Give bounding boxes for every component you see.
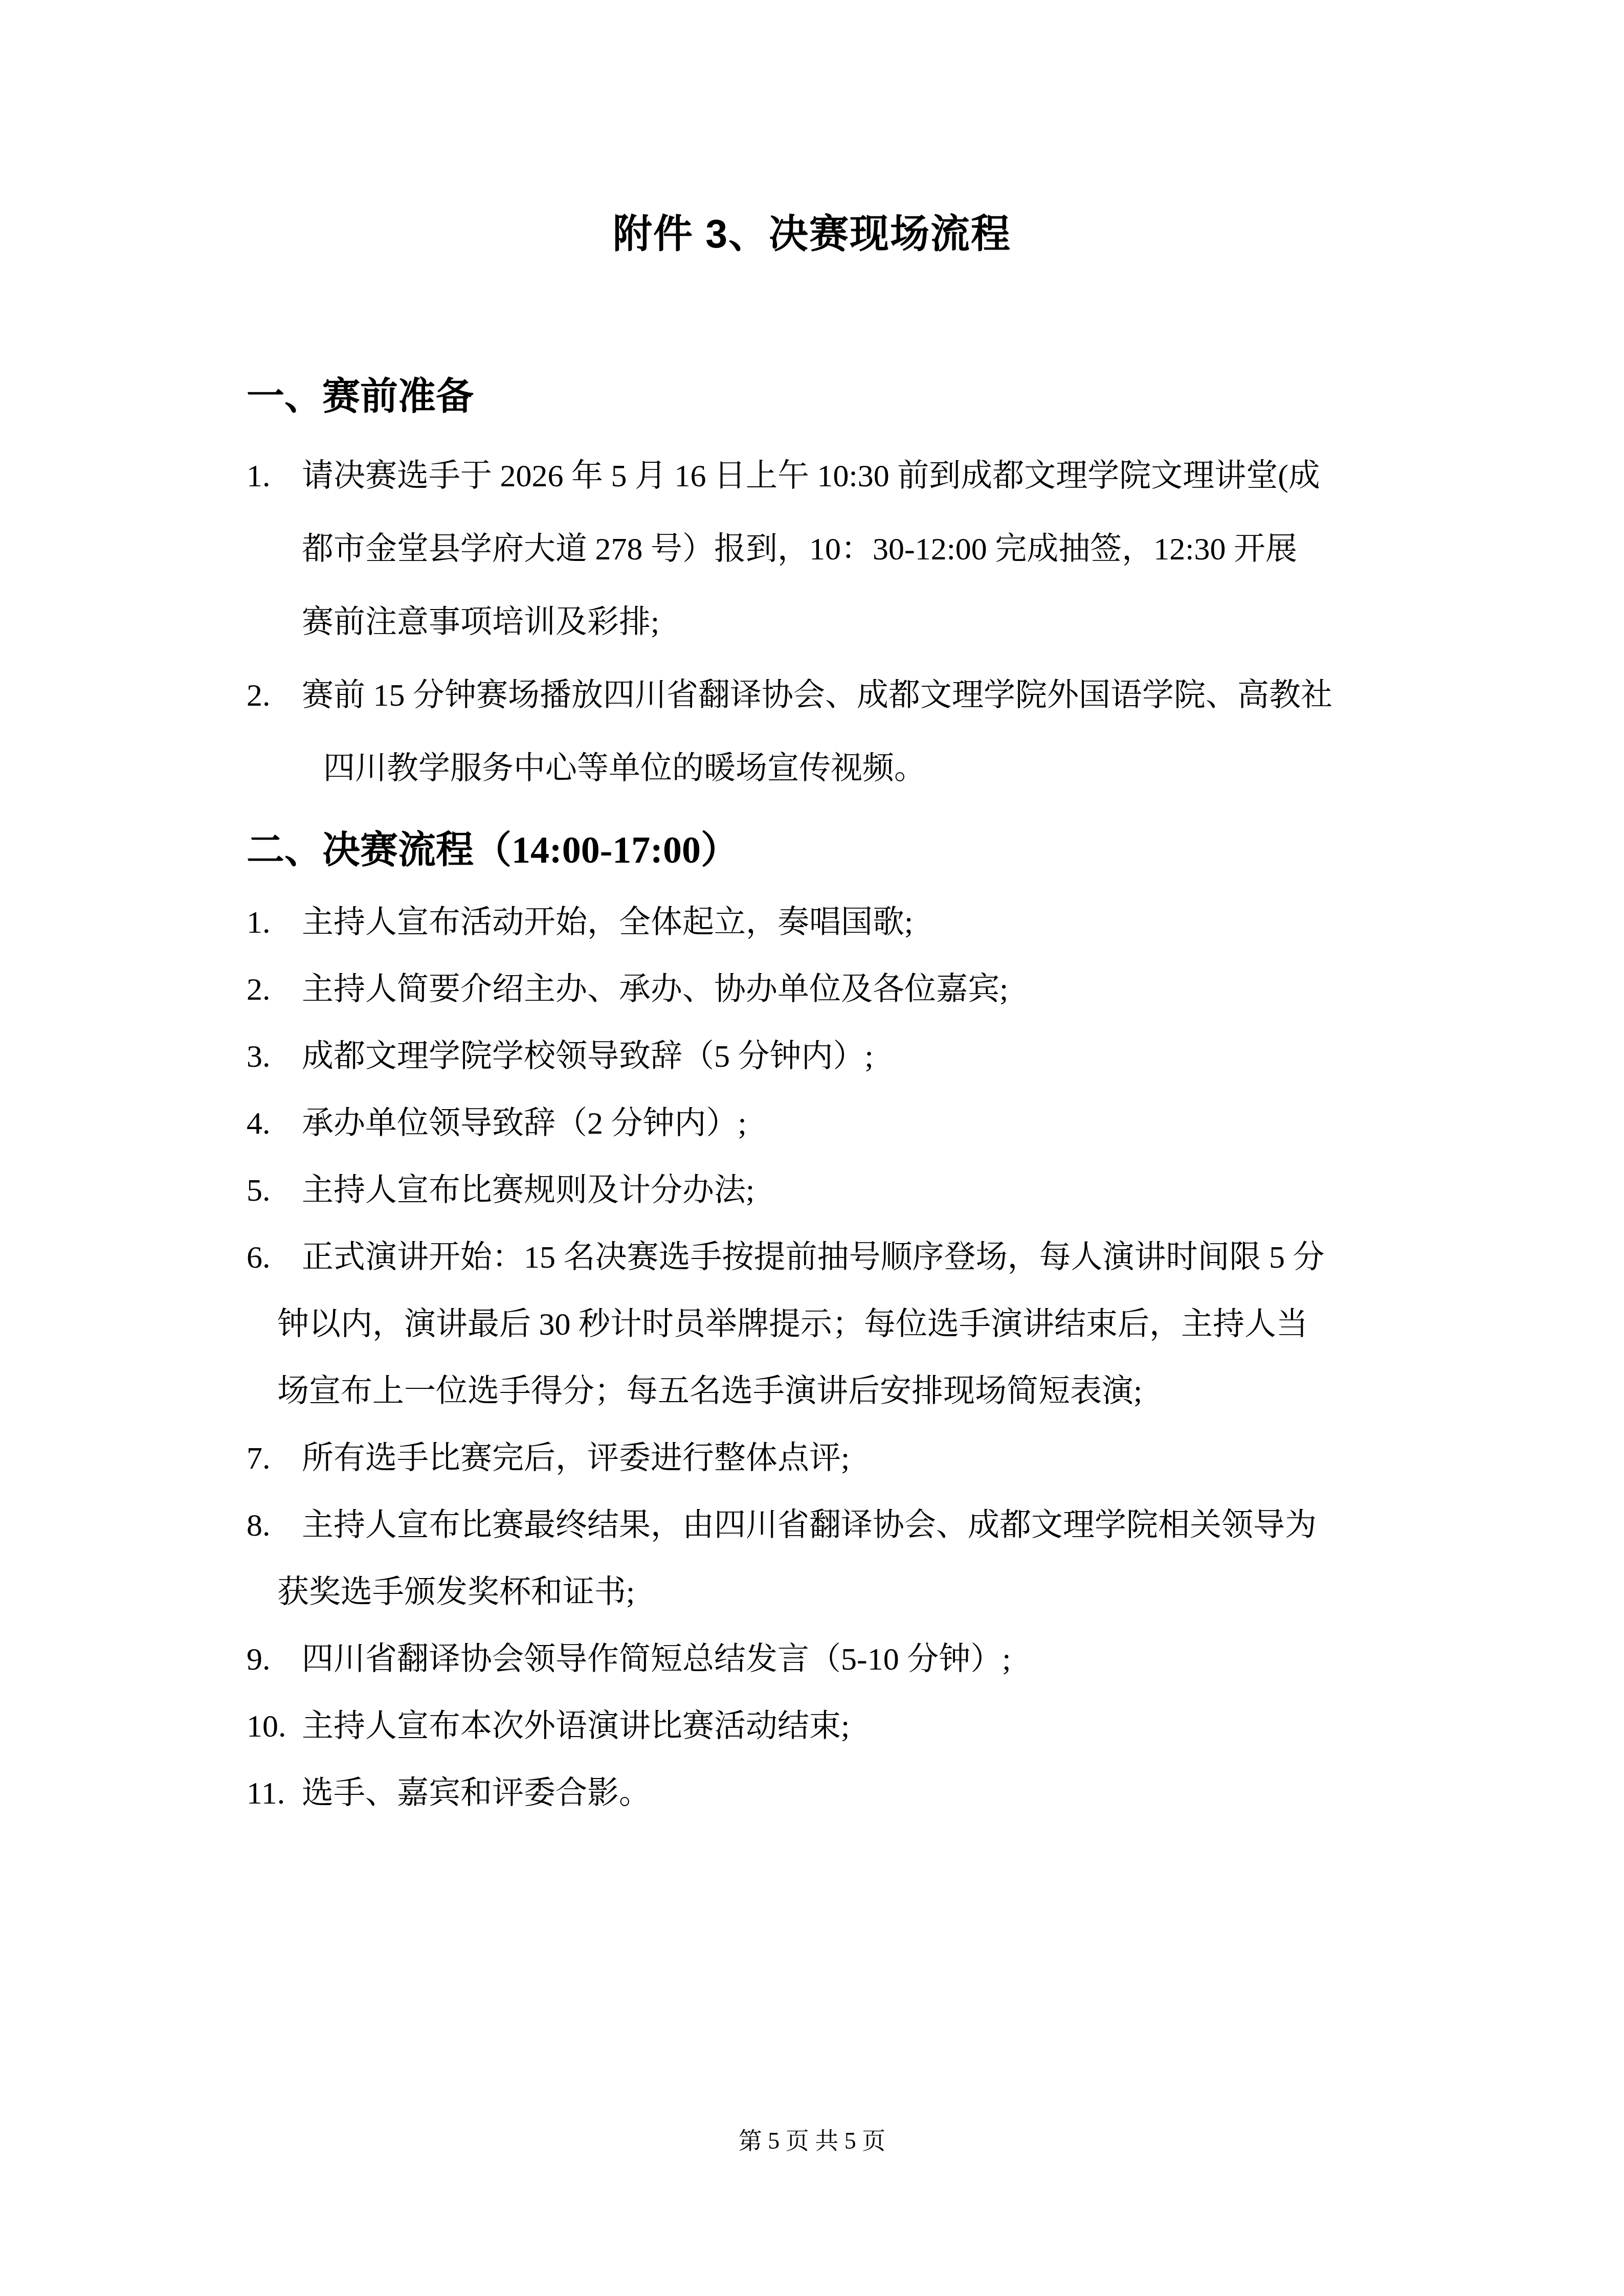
item-line: 都市金堂县学府大道 278 号）报到，10：30-12:00 完成抽签，12:3…: [302, 513, 1399, 586]
item-line: 主持人简要介绍主办、承办、协办单位及各位嘉宾;: [302, 956, 1399, 1023]
item-line: 钟以内，演讲最后 30 秒计时员举牌提示；每位选手演讲结束后，主持人当: [277, 1291, 1399, 1358]
list-item: 11.选手、嘉宾和评委合影。: [247, 1760, 1399, 1827]
item-number: 6.: [247, 1224, 271, 1291]
item-text: 正式演讲开始：15 名决赛选手按提前抽号顺序登场，每人演讲时间限 5 分钟以内，…: [302, 1224, 1399, 1425]
item-text: 主持人宣布活动开始，全体起立，奏唱国歌;: [302, 889, 1399, 956]
item-line: 四川教学服务中心等单位的暖场宣传视频。: [323, 732, 1399, 805]
item-number: 5.: [247, 1157, 271, 1224]
item-line: 主持人宣布比赛规则及计分办法;: [302, 1157, 1399, 1224]
item-text: 主持人简要介绍主办、承办、协办单位及各位嘉宾;: [302, 956, 1399, 1023]
item-text: 承办单位领导致辞（2 分钟内）;: [302, 1090, 1399, 1157]
document-page: 附件 3、决赛现场流程 一、赛前准备1.请决赛选手于 2026 年 5 月 16…: [0, 0, 1624, 2296]
item-number: 4.: [247, 1090, 271, 1157]
item-text: 所有选手比赛完后，评委进行整体点评;: [302, 1425, 1399, 1492]
list-item: 1.请决赛选手于 2026 年 5 月 16 日上午 10:30 前到成都文理学…: [247, 440, 1399, 659]
item-number: 1.: [247, 440, 271, 513]
item-line: 正式演讲开始：15 名决赛选手按提前抽号顺序登场，每人演讲时间限 5 分: [302, 1224, 1399, 1291]
section-1: 一、赛前准备1.请决赛选手于 2026 年 5 月 16 日上午 10:30 前…: [247, 367, 1399, 805]
list-item: 6.正式演讲开始：15 名决赛选手按提前抽号顺序登场，每人演讲时间限 5 分钟以…: [247, 1224, 1399, 1425]
item-line: 赛前注意事项培训及彩排;: [302, 586, 1399, 659]
item-line: 选手、嘉宾和评委合影。: [302, 1760, 1399, 1827]
section-heading: 二、决赛流程（14:00-17:00）: [247, 821, 1399, 880]
item-number: 3.: [247, 1023, 271, 1090]
item-number: 1.: [247, 889, 271, 956]
item-text: 请决赛选手于 2026 年 5 月 16 日上午 10:30 前到成都文理学院文…: [302, 440, 1399, 659]
page-title: 附件 3、决赛现场流程: [0, 0, 1624, 260]
item-line: 请决赛选手于 2026 年 5 月 16 日上午 10:30 前到成都文理学院文…: [302, 440, 1399, 513]
list-item: 7.所有选手比赛完后，评委进行整体点评;: [247, 1425, 1399, 1492]
item-line: 获奖选手颁发奖杯和证书;: [277, 1559, 1399, 1626]
page-number: 第 5 页 共 5 页: [0, 2122, 1624, 2156]
numbered-list: 1.请决赛选手于 2026 年 5 月 16 日上午 10:30 前到成都文理学…: [247, 440, 1399, 805]
item-line: 成都文理学院学校领导致辞（5 分钟内）;: [302, 1023, 1399, 1090]
section-heading: 一、赛前准备: [247, 367, 1399, 426]
section-2: 二、决赛流程（14:00-17:00）1.主持人宣布活动开始，全体起立，奏唱国歌…: [247, 821, 1399, 1827]
item-text: 赛前 15 分钟赛场播放四川省翻译协会、成都文理学院外国语学院、高教社四川教学服…: [302, 659, 1399, 805]
list-item: 5.主持人宣布比赛规则及计分办法;: [247, 1157, 1399, 1224]
item-number: 9.: [247, 1626, 271, 1693]
item-line: 四川省翻译协会领导作简短总结发言（5-10 分钟）;: [302, 1626, 1399, 1693]
sections-container: 一、赛前准备1.请决赛选手于 2026 年 5 月 16 日上午 10:30 前…: [247, 367, 1399, 1827]
list-item: 4.承办单位领导致辞（2 分钟内）;: [247, 1090, 1399, 1157]
item-number: 2.: [247, 659, 271, 732]
item-text: 主持人宣布本次外语演讲比赛活动结束;: [302, 1693, 1399, 1760]
item-line: 所有选手比赛完后，评委进行整体点评;: [302, 1425, 1399, 1492]
item-text: 四川省翻译协会领导作简短总结发言（5-10 分钟）;: [302, 1626, 1399, 1693]
item-text: 主持人宣布比赛最终结果，由四川省翻译协会、成都文理学院相关领导为获奖选手颁发奖杯…: [302, 1492, 1399, 1626]
list-item: 3.成都文理学院学校领导致辞（5 分钟内）;: [247, 1023, 1399, 1090]
document-body: 一、赛前准备1.请决赛选手于 2026 年 5 月 16 日上午 10:30 前…: [247, 367, 1399, 1827]
item-number: 10.: [247, 1693, 286, 1760]
item-text: 成都文理学院学校领导致辞（5 分钟内）;: [302, 1023, 1399, 1090]
item-text: 选手、嘉宾和评委合影。: [302, 1760, 1399, 1827]
list-item: 8.主持人宣布比赛最终结果，由四川省翻译协会、成都文理学院相关领导为获奖选手颁发…: [247, 1492, 1399, 1626]
list-item: 9.四川省翻译协会领导作简短总结发言（5-10 分钟）;: [247, 1626, 1399, 1693]
item-line: 承办单位领导致辞（2 分钟内）;: [302, 1090, 1399, 1157]
list-item: 2.主持人简要介绍主办、承办、协办单位及各位嘉宾;: [247, 956, 1399, 1023]
item-line: 赛前 15 分钟赛场播放四川省翻译协会、成都文理学院外国语学院、高教社: [302, 659, 1399, 732]
item-number: 7.: [247, 1425, 271, 1492]
item-line: 场宣布上一位选手得分；每五名选手演讲后安排现场简短表演;: [277, 1358, 1399, 1425]
item-number: 11.: [247, 1760, 285, 1827]
list-item: 2.赛前 15 分钟赛场播放四川省翻译协会、成都文理学院外国语学院、高教社四川教…: [247, 659, 1399, 805]
item-number: 8.: [247, 1492, 271, 1559]
list-item: 1.主持人宣布活动开始，全体起立，奏唱国歌;: [247, 889, 1399, 956]
list-item: 10.主持人宣布本次外语演讲比赛活动结束;: [247, 1693, 1399, 1760]
item-line: 主持人宣布活动开始，全体起立，奏唱国歌;: [302, 889, 1399, 956]
item-text: 主持人宣布比赛规则及计分办法;: [302, 1157, 1399, 1224]
item-line: 主持人宣布比赛最终结果，由四川省翻译协会、成都文理学院相关领导为: [302, 1492, 1399, 1559]
item-number: 2.: [247, 956, 271, 1023]
numbered-list: 1.主持人宣布活动开始，全体起立，奏唱国歌;2.主持人简要介绍主办、承办、协办单…: [247, 889, 1399, 1827]
item-line: 主持人宣布本次外语演讲比赛活动结束;: [302, 1693, 1399, 1760]
